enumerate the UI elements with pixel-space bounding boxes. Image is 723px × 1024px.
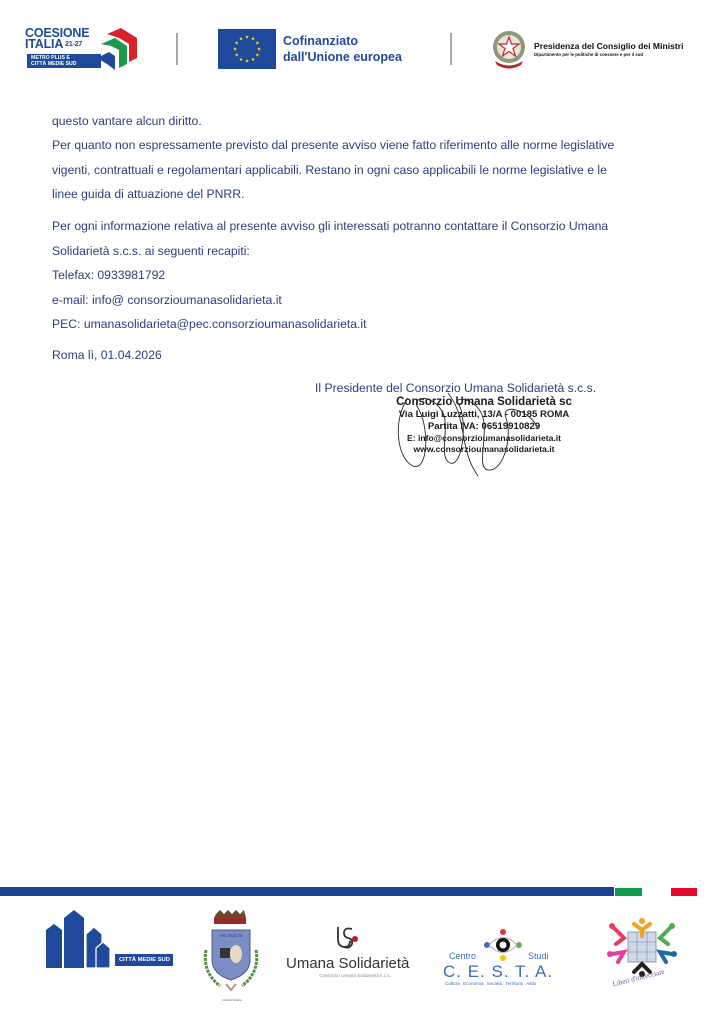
stamp-line: Partita IVA: 06519910829 [384, 421, 584, 433]
citta-medie-sud-label: CITTÀ MEDIE SUD [115, 954, 173, 966]
umana-solidarieta-logo: Umana Solidarietà Consorzio Umana Solida… [286, 925, 416, 985]
liberi-dintrecciare-logo: Liberi d'intrecciare [606, 918, 678, 992]
header-divider [176, 33, 178, 65]
signature-label: Il Presidente del Consorzio Umana Solida… [315, 381, 596, 395]
italy-arrow-icon [97, 28, 139, 72]
coesione-years: 21-27 [65, 41, 82, 48]
presidenza-subtitle: Dipartimento per le politiche di coesion… [534, 52, 723, 57]
cesta-expansion: Cultura Economia Società Territorio Asil… [445, 981, 536, 986]
italian-republic-emblem-icon [489, 28, 529, 70]
eu-text-line1: Cofinanziato [283, 33, 443, 49]
footer-bar-blue [0, 887, 614, 896]
us-monogram-icon [334, 925, 360, 953]
body-line: linee guida di attuazione del PNRR. [52, 187, 244, 201]
contact-pec[interactable]: PEC: umanasolidarieta@pec.consorzioumana… [52, 317, 367, 331]
eu-text: Cofinanziato dall'Unione europea [283, 33, 443, 65]
coesione-title-line2: ITALIA [25, 37, 63, 51]
umana-solidarieta-subtitle: Consorzio Umana Solidarietà s.c.s. [300, 973, 410, 978]
coesione-band: METRO PLUS E CITTÀ MEDIE SUD [27, 54, 101, 68]
stamp-line: Consorzio Umana Solidarietà sc [384, 396, 584, 409]
coesione-italia-logo: COESIONE ITALIA21-27 METRO PLUS E CITTÀ … [25, 28, 140, 72]
cesta-right-label: Studi [528, 951, 549, 961]
stamp-line: www.consorzioumanasolidarieta.it [384, 444, 584, 455]
cesta-logo: Centro Studi C. E. S. T. A. Cultura Econ… [443, 928, 563, 988]
footer-bar-green [615, 888, 642, 896]
coesione-band-line2: CITTÀ MEDIE SUD [31, 61, 77, 67]
eu-flag-icon [218, 29, 276, 69]
stamp-line: Via Luigi Luzzatti, 13/A - 00185 ROMA [384, 409, 584, 421]
body-line: Per ogni informazione relativa al presen… [52, 219, 608, 233]
eu-text-line2: dall'Unione europea [283, 49, 443, 65]
comune-coat-of-arms-logo: VIS TRACTA Città di Vittoria [198, 910, 264, 1006]
header-divider [450, 33, 452, 65]
citta-medie-sud-logo: CITTÀ MEDIE SUD [46, 910, 166, 970]
people-circle-icon [606, 918, 678, 978]
place-date: Roma lì, 01.04.2026 [52, 348, 162, 362]
presidenza-title: Presidenza del Consiglio dei Ministri [534, 41, 723, 51]
contact-email[interactable]: e-mail: info@ consorzioumanasolidarieta.… [52, 293, 282, 307]
cesta-left-label: Centro [449, 951, 476, 961]
buildings-icon [46, 910, 112, 968]
contact-telefax: Telefax: 0933981792 [52, 268, 165, 282]
stamp-line: E: info@consorzioumanasolidarieta.it [384, 433, 584, 444]
cesta-acronym: C. E. S. T. A. [443, 962, 553, 982]
body-line: questo vantare alcun diritto. [52, 114, 202, 128]
body-line: Per quanto non espressamente previsto da… [52, 138, 614, 152]
svg-text:VIS TRACTA: VIS TRACTA [219, 933, 243, 938]
body-line: Solidarietà s.c.s. ai seguenti recapiti: [52, 244, 250, 258]
body-line: vigenti, contrattuali e regolamentari ap… [52, 163, 607, 177]
eye-network-icon [483, 928, 523, 962]
comune-caption: Città di Vittoria [212, 998, 252, 1002]
coesione-title: COESIONE ITALIA21-27 [25, 28, 89, 50]
page-header: COESIONE ITALIA21-27 METRO PLUS E CITTÀ … [0, 0, 723, 100]
footer-bar-red [671, 888, 697, 896]
umana-solidarieta-name: Umana Solidarietà [286, 955, 408, 972]
company-stamp: Consorzio Umana Solidarietà sc Via Luigi… [384, 396, 584, 455]
municipal-coat-of-arms-icon: VIS TRACTA [198, 910, 264, 998]
